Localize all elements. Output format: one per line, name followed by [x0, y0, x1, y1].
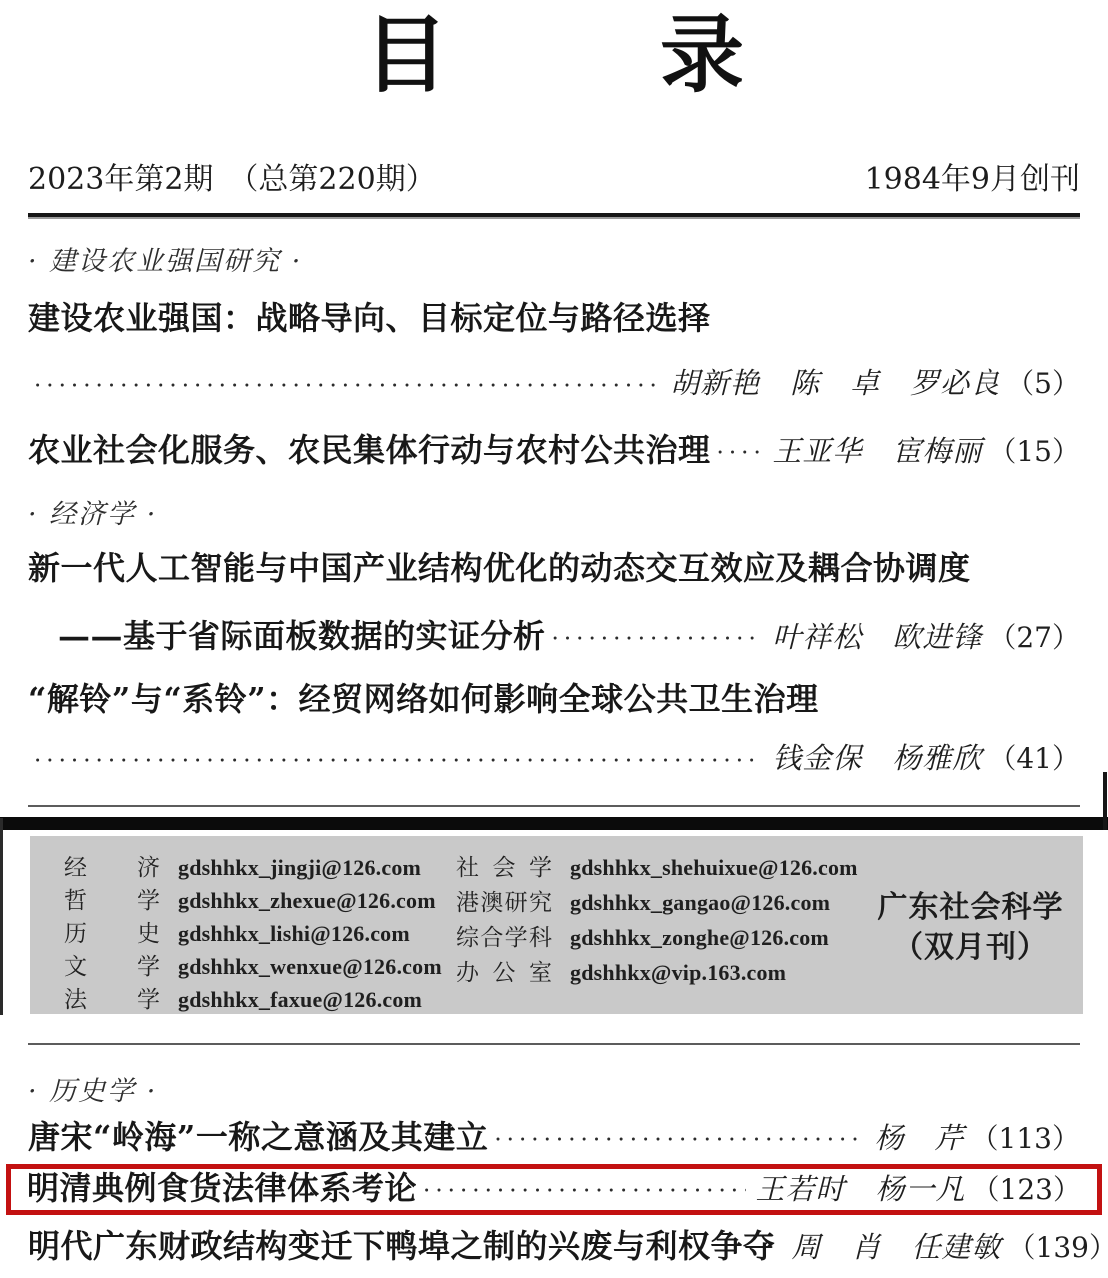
contact-row: 经 济 gdshhkx_jingji@126.com: [64, 849, 456, 882]
journal-brand: 广东社会科学 （双月刊）: [858, 849, 1083, 1014]
contact-email: gdshhkx_lishi@126.com: [178, 921, 410, 947]
article-page: （41）: [988, 740, 1080, 778]
contact-label: 哲 学: [64, 882, 160, 915]
article-title: 农业社会化服务、农民集体行动与农村公共治理: [28, 431, 711, 469]
contact-column-right: 社 会 学 gdshhkx_shehuixue@126.com 港澳研究 gds…: [456, 849, 858, 1014]
section-header-history: · 历史学 ·: [28, 1074, 1080, 1110]
article-page: （27）: [988, 619, 1080, 657]
contact-row: 法 学 gdshhkx_faxue@126.com: [64, 981, 456, 1014]
contact-label: 港澳研究: [456, 884, 552, 917]
journal-subtitle: （双月刊）: [893, 928, 1048, 968]
section-header-agriculture: · 建设农业强国研究 ·: [28, 244, 1080, 280]
contact-row: 文 学 gdshhkx_wenxue@126.com: [64, 948, 456, 981]
dots-leader: ········································…: [494, 1121, 864, 1159]
article-authors: 王亚华 宦梅丽: [772, 432, 982, 470]
contact-label: 文 学: [64, 948, 160, 981]
article-title: 明代广东财政结构变迁下鸭埠之制的兴废与利权争夺: [28, 1227, 776, 1265]
contact-email: gdshhkx_zonghe@126.com: [570, 925, 829, 951]
divider-thin-rule: [28, 805, 1080, 807]
article-page: （15）: [988, 433, 1080, 471]
dots-leader: ········································…: [34, 367, 660, 405]
article-authors: 杨 芹: [875, 1119, 965, 1157]
article-title: 新一代人工智能与中国产业结构优化的动态交互效应及耦合协调度: [28, 548, 1080, 588]
masthead-title-char: 目: [364, 6, 448, 104]
contact-row: 港澳研究 gdshhkx_gangao@126.com: [456, 884, 858, 919]
contact-box: 经 济 gdshhkx_jingji@126.com 哲 学 gdshhkx_z…: [30, 836, 1083, 1014]
contact-email: gdshhkx_wenxue@126.com: [178, 954, 442, 980]
article-authors-line: ········································…: [28, 739, 1080, 778]
contact-email: gdshhkx_zhexue@126.com: [178, 888, 436, 914]
toc-page: 目 录 2023年第2期 （总第220期） 1984年9月创刊 · 建设农业强国…: [0, 0, 1108, 1278]
section-header-economics: · 经济学 ·: [28, 497, 1080, 533]
dots-leader: ········································…: [34, 742, 762, 780]
contact-email: gdshhkx@vip.163.com: [570, 960, 786, 986]
contact-email: gdshhkx_gangao@126.com: [570, 890, 830, 916]
toc-entry-highlighted: 明清典例食货法律体系考论 ···························…: [27, 1171, 1081, 1207]
contact-label: 经 济: [64, 849, 160, 882]
divider-double-rule: [28, 213, 1080, 219]
article-authors: 钱金保 杨雅欣: [772, 739, 982, 777]
article-page: （5）: [1006, 365, 1080, 403]
toc-entry: 明代广东财政结构变迁下鸭埠之制的兴废与利权争夺 ················…: [28, 1227, 1080, 1267]
dots-leader: ········································…: [423, 1174, 746, 1208]
article-page: （139）: [1008, 1229, 1108, 1267]
contact-column-left: 经 济 gdshhkx_jingji@126.com 哲 学 gdshhkx_z…: [64, 849, 456, 1014]
contact-row: 历 史 gdshhkx_lishi@126.com: [64, 915, 456, 948]
contact-email: gdshhkx_faxue@126.com: [178, 987, 422, 1013]
contact-label: 法 学: [64, 981, 160, 1014]
contact-row: 综合学科 gdshhkx_zonghe@126.com: [456, 919, 858, 954]
article-subtitle-line: ——基于省际面板数据的实证分析 ························…: [28, 617, 1080, 657]
masthead-title: 目 录: [28, 0, 1080, 100]
article-authors: 王若时 杨一凡: [756, 1172, 966, 1206]
masthead-title-char: 录: [660, 6, 744, 104]
contact-label: 综合学科: [456, 919, 552, 952]
article-authors: 叶祥松 欧进锋: [772, 618, 982, 656]
contact-row: 办 公 室 gdshhkx@vip.163.com: [456, 954, 858, 989]
contact-row: 哲 学 gdshhkx_zhexue@126.com: [64, 882, 456, 915]
highlight-box-red: 明清典例食货法律体系考论 ···························…: [6, 1164, 1102, 1215]
article-title: 唐宋“岭海”一称之意涵及其建立: [28, 1118, 488, 1156]
toc-entry: 唐宋“岭海”一称之意涵及其建立 ························…: [28, 1118, 1080, 1158]
contact-email: gdshhkx_jingji@126.com: [178, 855, 421, 881]
contact-label: 历 史: [64, 915, 160, 948]
divider-thin-rule: [28, 1043, 1080, 1045]
article-page: （113）: [971, 1120, 1080, 1158]
article-authors: 胡新艳 陈 卓 罗必良: [670, 364, 1000, 402]
founding-date: 1984年9月创刊: [865, 162, 1080, 198]
contact-email: gdshhkx_shehuixue@126.com: [570, 855, 858, 881]
article-title: 明清典例食货法律体系考论: [27, 1171, 417, 1205]
contact-label: 社 会 学: [456, 849, 552, 882]
scan-edge-line-right: [1103, 772, 1107, 830]
dots-leader: ········································…: [552, 620, 763, 658]
article-title: “解铃”与“系铃”：经贸网络如何影响全球公共卫生治理: [28, 679, 1080, 719]
scan-edge-line-left: [0, 818, 3, 1015]
contact-row: 社 会 学 gdshhkx_shehuixue@126.com: [456, 849, 858, 884]
toc-entry: 农业社会化服务、农民集体行动与农村公共治理 ··················…: [28, 431, 1080, 471]
contact-label: 办 公 室: [456, 954, 552, 987]
dots-leader: ········································…: [717, 434, 763, 472]
issue-row: 2023年第2期 （总第220期） 1984年9月创刊: [28, 162, 1080, 198]
black-separator-bar: [0, 817, 1108, 830]
article-subtitle: ——基于省际面板数据的实证分析: [58, 617, 546, 655]
article-title: 建设农业强国：战略导向、目标定位与路径选择: [28, 298, 1080, 338]
article-authors-line: ········································…: [28, 364, 1080, 403]
article-authors: 周 肖 任建敏: [792, 1228, 1002, 1266]
article-page: （123）: [972, 1173, 1081, 1207]
issue-number: 2023年第2期 （总第220期）: [28, 162, 436, 198]
journal-name: 广东社会科学: [878, 888, 1064, 928]
